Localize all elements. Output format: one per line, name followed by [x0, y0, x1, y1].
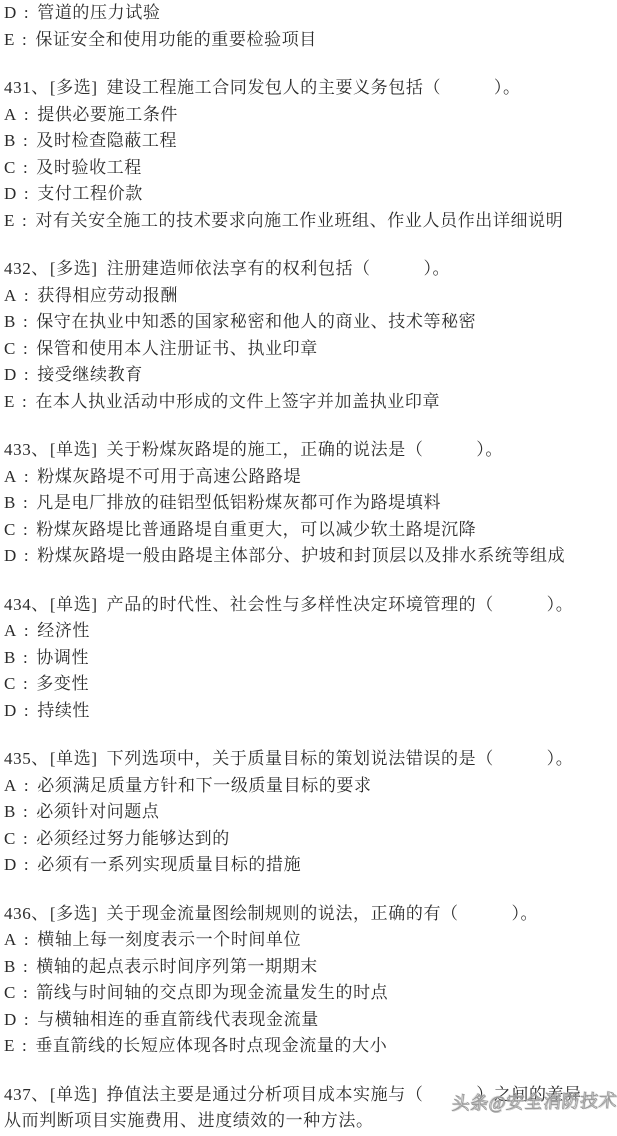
option-separator: :	[22, 1036, 27, 1055]
question-title: 434、[单选]产品的时代性、社会性与多样性决定环境管理的（ ）。	[4, 592, 615, 619]
question-type-tag: [单选]	[50, 1085, 98, 1104]
option-label: B	[4, 131, 16, 150]
option-row: E:保证安全和使用功能的重要检验项目	[4, 27, 615, 54]
option-label: C	[4, 339, 16, 358]
option-row: A:获得相应劳动报酬	[4, 283, 615, 310]
question-title: 432、[多选]注册建造师依法享有的权利包括（ ）。	[4, 256, 615, 283]
option-text: 必须针对问题点	[36, 802, 159, 821]
question-block: 431、[多选]建设工程施工合同发包人的主要义务包括（ ）。 A:提供必要施工条…	[4, 75, 615, 234]
option-row: D:管道的压力试验	[4, 0, 615, 27]
option-label: C	[4, 158, 16, 177]
option-label: C	[4, 983, 16, 1002]
option-text: 横轴的起点表示时间序列第一期期末	[36, 957, 318, 976]
option-row: C:多变性	[4, 671, 615, 698]
option-row: B:协调性	[4, 645, 615, 672]
question-stem: 关于粉煤灰路堤的施工，正确的说法是（ ）。	[107, 440, 503, 459]
option-label: C	[4, 674, 16, 693]
option-label: A	[4, 621, 17, 640]
option-separator: :	[23, 312, 28, 331]
option-row: B:横轴的起点表示时间序列第一期期末	[4, 954, 615, 981]
option-label: D	[4, 701, 17, 720]
option-separator: :	[23, 520, 28, 539]
option-row: A:经济性	[4, 618, 615, 645]
option-row: D:接受继续教育	[4, 362, 615, 389]
option-label: B	[4, 802, 16, 821]
option-text: 提供必要施工条件	[37, 105, 178, 124]
option-row: B:凡是电厂排放的硅铝型低铝粉煤灰都可作为路堤填料	[4, 490, 615, 517]
option-separator: :	[23, 339, 28, 358]
option-text: 及时检查隐蔽工程	[36, 131, 177, 150]
question-block: 432、[多选]注册建造师依法享有的权利包括（ ）。 A:获得相应劳动报酬 B:…	[4, 256, 615, 415]
option-separator: :	[23, 983, 28, 1002]
option-text: 对有关安全施工的技术要求向施工作业班组、作业人员作出详细说明	[35, 211, 563, 230]
option-list: A:获得相应劳动报酬 B:保守在执业中知悉的国家秘密和他人的商业、技术等秘密 C…	[4, 283, 615, 416]
option-row: D:持续性	[4, 698, 615, 725]
option-text: 在本人执业活动中形成的文件上签字并加盖执业印章	[35, 392, 440, 411]
question-type-tag: [多选]	[50, 259, 98, 278]
option-label: A	[4, 286, 17, 305]
option-separator: :	[24, 184, 29, 203]
question-block: D:管道的压力试验 E:保证安全和使用功能的重要检验项目	[4, 0, 615, 53]
option-label: D	[4, 546, 17, 565]
option-separator: :	[24, 286, 29, 305]
question-list: D:管道的压力试验 E:保证安全和使用功能的重要检验项目 431、[多选]建设工…	[0, 0, 617, 1135]
option-separator: :	[22, 211, 27, 230]
option-text: 箭线与时间轴的交点即为现金流量发生的时点	[36, 983, 388, 1002]
option-text: 与横轴相连的垂直箭线代表现金流量	[37, 1010, 319, 1029]
question-block: 435、[单选]下列选项中，关于质量目标的策划说法错误的是（ ）。 A:必须满足…	[4, 746, 615, 879]
option-separator: :	[24, 1010, 29, 1029]
option-separator: :	[23, 674, 28, 693]
option-row: C:及时验收工程	[4, 155, 615, 182]
option-separator: :	[22, 392, 27, 411]
option-label: B	[4, 957, 16, 976]
option-text: 必须满足质量方针和下一级质量目标的要求	[37, 776, 371, 795]
option-text: 保证安全和使用功能的重要检验项目	[35, 30, 317, 49]
option-text: 保守在执业中知悉的国家秘密和他人的商业、技术等秘密	[36, 312, 476, 331]
option-separator: :	[24, 467, 29, 486]
question-block: 434、[单选]产品的时代性、社会性与多样性决定环境管理的（ ）。 A:经济性 …	[4, 592, 615, 725]
question-type-tag: [多选]	[50, 78, 98, 97]
option-list: A:粉煤灰路堤不可用于高速公路路堤 B:凡是电厂排放的硅铝型低铝粉煤灰都可作为路…	[4, 464, 615, 570]
option-row: D:粉煤灰路堤一般由路堤主体部分、护坡和封顶层以及排水系统等组成	[4, 543, 615, 570]
option-text: 凡是电厂排放的硅铝型低铝粉煤灰都可作为路堤填料	[36, 493, 441, 512]
option-label: D	[4, 855, 17, 874]
question-number: 435、	[4, 749, 49, 768]
question-block: 433、[单选]关于粉煤灰路堤的施工，正确的说法是（ ）。 A:粉煤灰路堤不可用…	[4, 437, 615, 570]
option-label: D	[4, 1010, 17, 1029]
option-text: 获得相应劳动报酬	[37, 286, 178, 305]
option-separator: :	[24, 105, 29, 124]
option-list: A:横轴上每一刻度表示一个时间单位 B:横轴的起点表示时间序列第一期期末 C:箭…	[4, 927, 615, 1060]
option-label: E	[4, 30, 15, 49]
option-row: E:垂直箭线的长短应体现各时点现金流量的大小	[4, 1033, 615, 1060]
option-separator: :	[24, 930, 29, 949]
question-type-tag: [单选]	[50, 440, 98, 459]
option-text: 持续性	[37, 701, 90, 720]
option-label: B	[4, 312, 16, 331]
option-separator: :	[24, 701, 29, 720]
option-separator: :	[24, 621, 29, 640]
option-text: 必须有一系列实现质量目标的措施	[37, 855, 301, 874]
option-label: D	[4, 3, 17, 22]
question-title: 431、[多选]建设工程施工合同发包人的主要义务包括（ ）。	[4, 75, 615, 102]
option-text: 垂直箭线的长短应体现各时点现金流量的大小	[35, 1036, 387, 1055]
option-label: D	[4, 365, 17, 384]
option-text: 保管和使用本人注册证书、执业印章	[36, 339, 318, 358]
option-row: B:保守在执业中知悉的国家秘密和他人的商业、技术等秘密	[4, 309, 615, 336]
option-label: B	[4, 493, 16, 512]
option-label: A	[4, 105, 17, 124]
question-title: 436、[多选]关于现金流量图绘制规则的说法，正确的有（ ）。	[4, 901, 615, 928]
question-type-tag: [多选]	[50, 904, 98, 923]
question-stem: 产品的时代性、社会性与多样性决定环境管理的（ ）。	[107, 595, 574, 614]
question-stem: 关于现金流量图绘制规则的说法，正确的有（ ）。	[107, 904, 539, 923]
option-label: E	[4, 1036, 15, 1055]
option-row: C:保管和使用本人注册证书、执业印章	[4, 336, 615, 363]
option-label: B	[4, 648, 16, 667]
option-list: A:经济性 B:协调性 C:多变性 D:持续性	[4, 618, 615, 724]
option-row: E:对有关安全施工的技术要求向施工作业班组、作业人员作出详细说明	[4, 208, 615, 235]
option-text: 必须经过努力能够达到的	[36, 829, 230, 848]
question-number: 432、	[4, 259, 49, 278]
option-separator: :	[22, 30, 27, 49]
option-text: 支付工程价款	[37, 184, 143, 203]
option-text: 粉煤灰路堤一般由路堤主体部分、护坡和封顶层以及排水系统等组成	[37, 546, 565, 565]
question-stem: 建设工程施工合同发包人的主要义务包括（ ）。	[107, 78, 521, 97]
option-text: 协调性	[36, 648, 89, 667]
option-row: B:及时检查隐蔽工程	[4, 128, 615, 155]
question-stem: 下列选项中，关于质量目标的策划说法错误的是（ ）。	[107, 749, 574, 768]
question-title: 433、[单选]关于粉煤灰路堤的施工，正确的说法是（ ）。	[4, 437, 615, 464]
option-text: 接受继续教育	[37, 365, 143, 384]
option-text: 多变性	[36, 674, 89, 693]
question-block: 437、[单选]挣值法主要是通过分析项目成本实施与（ ）之间的差异，从而判断项目…	[4, 1082, 615, 1135]
option-separator: :	[23, 158, 28, 177]
option-row: D:支付工程价款	[4, 181, 615, 208]
option-separator: :	[24, 776, 29, 795]
option-label: A	[4, 930, 17, 949]
option-list: A:必须满足质量方针和下一级质量目标的要求 B:必须针对问题点 C:必须经过努力…	[4, 773, 615, 879]
option-label: A	[4, 776, 17, 795]
question-number: 436、	[4, 904, 49, 923]
option-text: 经济性	[37, 621, 90, 640]
option-row: A:必须满足质量方针和下一级质量目标的要求	[4, 773, 615, 800]
option-label: C	[4, 520, 16, 539]
option-separator: :	[24, 365, 29, 384]
question-type-tag: [单选]	[50, 749, 98, 768]
question-number: 434、	[4, 595, 49, 614]
option-separator: :	[23, 957, 28, 976]
question-number: 437、	[4, 1085, 49, 1104]
option-text: 粉煤灰路堤不可用于高速公路路堤	[37, 467, 301, 486]
option-separator: :	[24, 546, 29, 565]
exam-question-page: { "page": { "background_color": "#ffffff…	[0, 0, 617, 1136]
option-separator: :	[23, 802, 28, 821]
option-row: C:必须经过努力能够达到的	[4, 826, 615, 853]
option-row: C:粉煤灰路堤比普通路堤自重更大，可以减少软土路堤沉降	[4, 517, 615, 544]
option-text: 及时验收工程	[36, 158, 142, 177]
option-text: 横轴上每一刻度表示一个时间单位	[37, 930, 301, 949]
option-row: C:箭线与时间轴的交点即为现金流量发生的时点	[4, 980, 615, 1007]
option-label: A	[4, 467, 17, 486]
option-separator: :	[23, 131, 28, 150]
question-title: 435、[单选]下列选项中，关于质量目标的策划说法错误的是（ ）。	[4, 746, 615, 773]
question-block: 436、[多选]关于现金流量图绘制规则的说法，正确的有（ ）。 A:横轴上每一刻…	[4, 901, 615, 1060]
option-row: D:必须有一系列实现质量目标的措施	[4, 852, 615, 879]
option-row: A:粉煤灰路堤不可用于高速公路路堤	[4, 464, 615, 491]
option-label: D	[4, 184, 17, 203]
question-stem: 注册建造师依法享有的权利包括（ ）。	[107, 259, 451, 278]
question-title: 437、[单选]挣值法主要是通过分析项目成本实施与（ ）之间的差异，从而判断项目…	[4, 1082, 615, 1135]
option-row: A:横轴上每一刻度表示一个时间单位	[4, 927, 615, 954]
option-text: 粉煤灰路堤比普通路堤自重更大，可以减少软土路堤沉降	[36, 520, 476, 539]
option-row: D:与横轴相连的垂直箭线代表现金流量	[4, 1007, 615, 1034]
question-number: 431、	[4, 78, 49, 97]
option-separator: :	[23, 493, 28, 512]
option-separator: :	[23, 829, 28, 848]
option-list: D:管道的压力试验 E:保证安全和使用功能的重要检验项目	[4, 0, 615, 53]
option-row: B:必须针对问题点	[4, 799, 615, 826]
option-label: E	[4, 211, 15, 230]
option-text: 管道的压力试验	[37, 3, 160, 22]
option-label: C	[4, 829, 16, 848]
question-number: 433、	[4, 440, 49, 459]
option-list: A:提供必要施工条件 B:及时检查隐蔽工程 C:及时验收工程 D:支付工程价款 …	[4, 102, 615, 235]
option-row: E:在本人执业活动中形成的文件上签字并加盖执业印章	[4, 389, 615, 416]
option-row: A:提供必要施工条件	[4, 102, 615, 129]
option-separator: :	[24, 3, 29, 22]
question-type-tag: [单选]	[50, 595, 98, 614]
option-label: E	[4, 392, 15, 411]
option-separator: :	[24, 855, 29, 874]
option-separator: :	[23, 648, 28, 667]
